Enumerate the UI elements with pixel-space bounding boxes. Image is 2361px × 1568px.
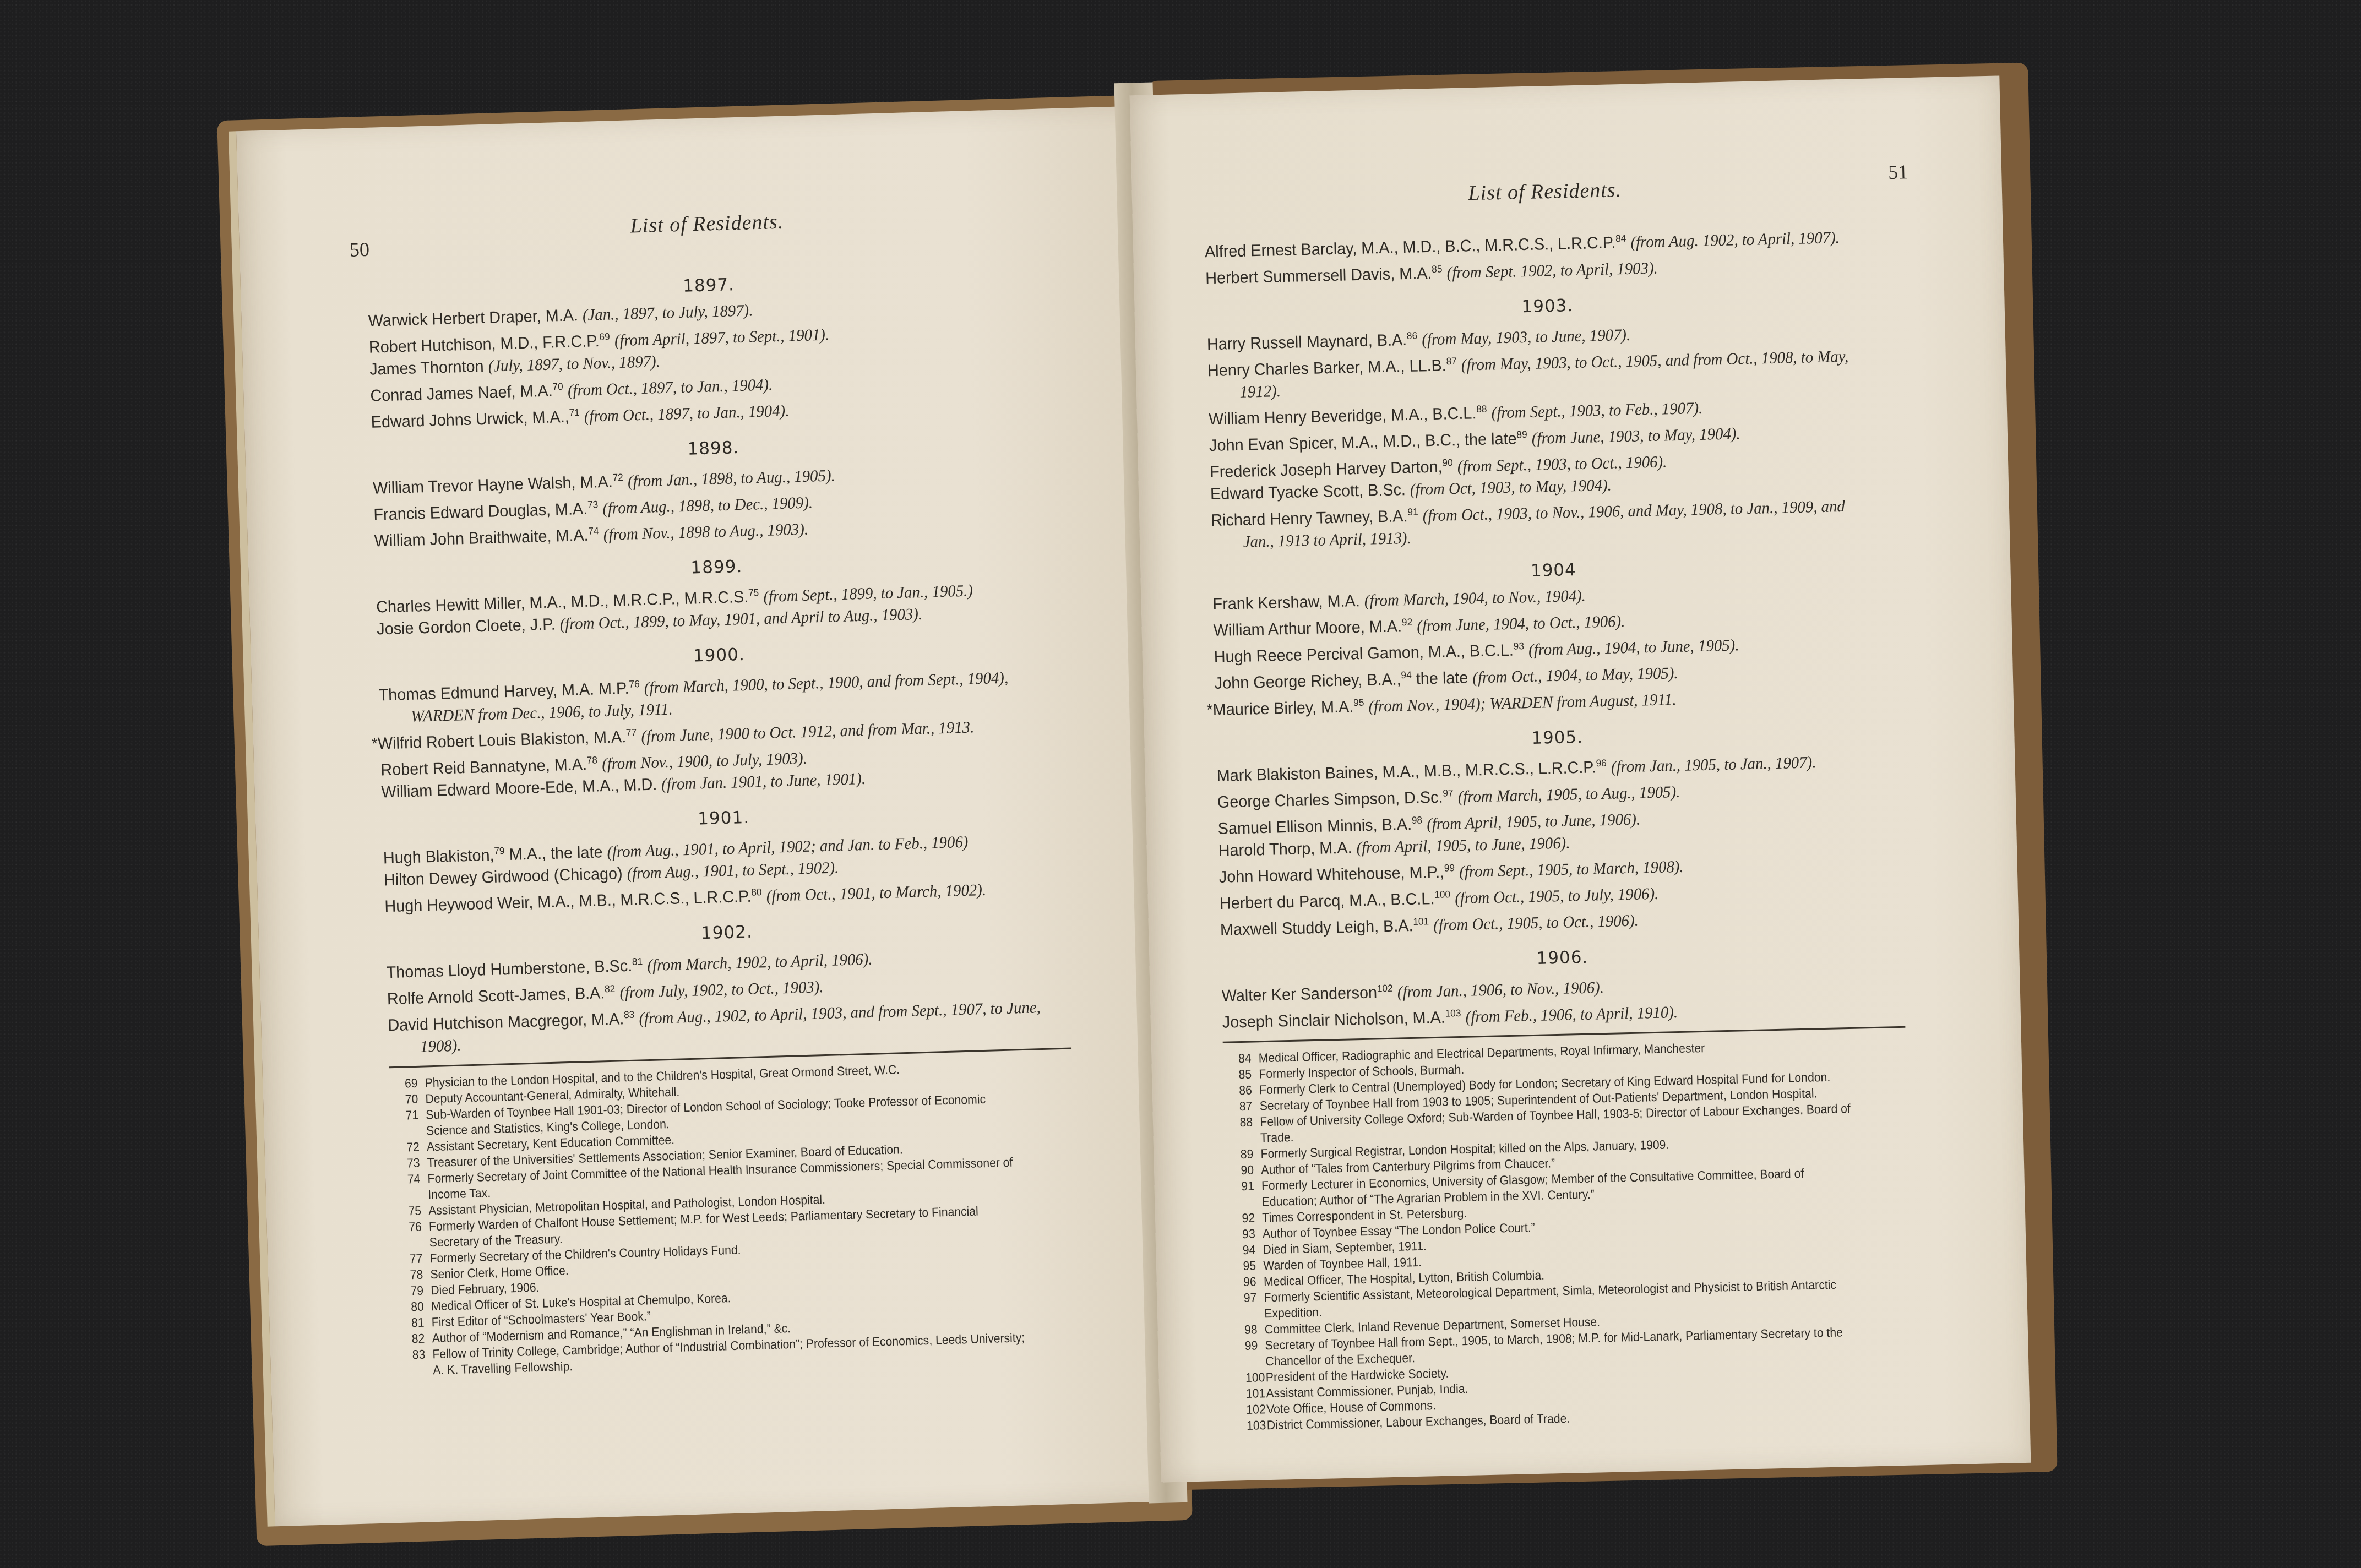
residence-dates: (from Oct., 1897, to Jan., 1904).: [584, 401, 790, 425]
open-book: 50 List of Residents. 1897.Warwick Herbe…: [0, 0, 2361, 1568]
footnote-number: 91: [1241, 1178, 1261, 1194]
running-head: 50 List of Residents.: [365, 191, 1049, 271]
footnotes: 84Medical Officer, Radiographic and Elec…: [1223, 1036, 1914, 1434]
residence-dates: (from Oct., 1904, to May, 1905).: [1472, 664, 1678, 687]
footnote-text: Died in Siam, September, 1911.: [1263, 1239, 1427, 1257]
footnote-number: 92: [1242, 1210, 1262, 1226]
footnote-number: 78: [410, 1266, 431, 1283]
resident-name: David Hutchison Macgregor, M.A.: [388, 1010, 624, 1035]
resident-name: Samuel Ellison Minnis, B.A.: [1218, 815, 1412, 838]
resident-name: Edward Johns Urwick, M.A.,: [371, 408, 569, 432]
residence-dates: (from Aug., 1901, to Sept., 1902).: [627, 858, 839, 883]
residence-dates: (from April, 1905, to June, 1906).: [1427, 810, 1641, 834]
footnote-number: 69: [405, 1075, 426, 1091]
resident-name: Herbert du Parcq, M.A., B.C.L.: [1220, 890, 1435, 913]
residence-dates: (from March, 1904, to Nov., 1904).: [1364, 587, 1586, 610]
footnote-ref: 77: [626, 727, 637, 738]
footnote-ref: 86: [1407, 330, 1418, 341]
footnote-ref: 103: [1445, 1008, 1461, 1019]
footnote-text: Warden of Toynbee Hall, 1911.: [1263, 1255, 1422, 1273]
footnote-number: 94: [1243, 1242, 1263, 1258]
footnote-ref: 83: [624, 1009, 635, 1021]
footnote-ref: 88: [1476, 404, 1487, 415]
footnote-number: 71: [405, 1107, 426, 1123]
resident-name: Henry Charles Barker, M.A., LL.B.: [1207, 356, 1446, 380]
footnote-number: 73: [407, 1155, 428, 1171]
footnote-text: Died February, 1906.: [431, 1280, 540, 1297]
resident-name: Maurice Birley, M.A.: [1212, 698, 1353, 719]
residence-dates: (July, 1897, to Nov., 1897).: [488, 352, 660, 375]
resident-name: Edward Tyacke Scott, B.Sc.: [1210, 481, 1406, 503]
footnote-number: 100: [1245, 1369, 1266, 1386]
footnote-ref: 70: [552, 381, 563, 393]
footnote-number: 97: [1243, 1289, 1264, 1306]
footnote-ref: 71: [569, 407, 580, 418]
residents-list: Alfred Ernest Barclay, M.A., M.D., B.C.,…: [1204, 221, 1905, 1034]
resident-name: Josie Gordon Cloete, J.P.: [377, 616, 556, 639]
resident-name: Francis Edward Douglas, M.A.: [373, 500, 588, 524]
residence-dates: (from March, 1905, to Aug., 1905).: [1457, 783, 1680, 806]
footnote-number: 99: [1244, 1337, 1265, 1354]
running-title: List of Residents.: [1203, 172, 1886, 211]
footnote-ref: 90: [1442, 457, 1453, 468]
footnote-ref: 69: [599, 331, 610, 343]
residence-dates: (from Sept. 1902, to April, 1903).: [1446, 259, 1658, 282]
page-right-content: List of Residents. 51 Alfred Ernest Barc…: [1203, 161, 1914, 1434]
resident-name-suffix: M.A., the late: [509, 843, 603, 864]
residence-dates: (from July, 1902, to Oct., 1903).: [619, 978, 824, 1001]
residence-dates: (from June, 1903, to May, 1904).: [1531, 424, 1740, 448]
footnote-number: 88: [1239, 1114, 1260, 1130]
footnote-number: 84: [1238, 1050, 1259, 1066]
footnote-number: 70: [405, 1091, 426, 1107]
resident-name: William Arthur Moore, M.A.: [1213, 617, 1402, 640]
resident-name: Frank Kershaw, M.A.: [1212, 592, 1360, 613]
residence-dates: (from May, 1903, to June, 1907).: [1422, 326, 1631, 349]
residence-dates: (Jan., 1897, to July, 1897).: [582, 301, 753, 324]
footnote-ref: 81: [632, 956, 643, 967]
resident-name: Warwick Herbert Draper, M.A.: [368, 306, 578, 330]
year-section: 1898.William Trevor Hayne Walsh, M.A.72 …: [372, 429, 1057, 553]
residence-dates: (from Jan., 1906, to Nov., 1906).: [1397, 978, 1604, 1001]
residence-dates: (from April, 1905, to June, 1906).: [1356, 834, 1570, 857]
footnote-ref: 93: [1513, 640, 1524, 651]
resident-name: Rolfe Arnold Scott-James, B.A.: [387, 984, 605, 1008]
residence-dates: (from Nov., 1898 to Aug., 1903).: [603, 520, 808, 544]
residence-dates: (from Aug. 1902, to April, 1907).: [1630, 228, 1840, 252]
footnote-number: 82: [411, 1330, 432, 1347]
footnote-ref: 100: [1434, 889, 1450, 900]
footnote-number: 98: [1244, 1321, 1265, 1338]
footnote-ref: 80: [751, 886, 762, 898]
page-left-content: 50 List of Residents. 1897.Warwick Herbe…: [365, 191, 1080, 1379]
resident-name-suffix: the late: [1416, 669, 1468, 688]
footnote-ref: 78: [586, 754, 597, 766]
year-section: 1897.Warwick Herbert Draper, M.A. (Jan.,…: [367, 266, 1054, 434]
residence-dates: (from Jan. 1901, to June, 1901).: [661, 770, 866, 793]
footnote-ref: 96: [1596, 758, 1607, 769]
page-left: 50 List of Residents. 1897.Warwick Herbe…: [229, 106, 1183, 1526]
residence-dates: (from Oct., 1901, to March, 1902).: [766, 881, 986, 905]
footnote-ref: 85: [1432, 263, 1443, 274]
footnote-number: 72: [406, 1139, 427, 1155]
resident-name: Robert Reid Bannatyne, M.A.: [380, 755, 587, 779]
resident-name: Herbert Summersell Davis, M.A.: [1205, 264, 1432, 287]
footnote-ref: 74: [588, 525, 599, 537]
resident-name: Harold Thorp, M.A.: [1218, 839, 1352, 859]
footnote-ref: 76: [629, 678, 640, 690]
footnote-number: 74: [407, 1170, 428, 1187]
year-section: 1906.Walter Ker Sanderson102 (from Jan.,…: [1221, 940, 1905, 1034]
year-section: 1904Frank Kershaw, M.A. (from March, 190…: [1212, 553, 1898, 721]
residence-dates: (from Oct., 1905, to Oct., 1906).: [1433, 912, 1639, 934]
residence-dates: (from Nov., 1904); WARDEN from August, 1…: [1368, 690, 1677, 716]
footnote-number: 85: [1238, 1066, 1259, 1082]
footnote-ref: 101: [1413, 916, 1429, 927]
footnote-number: 102: [1246, 1401, 1266, 1418]
resident-name: William Henry Beveridge, M.A., B.C.L.: [1209, 404, 1477, 428]
footnote-ref: 94: [1401, 669, 1412, 680]
residence-dates: (from Sept., 1903, to Feb., 1907).: [1491, 399, 1702, 422]
page-right: List of Residents. 51 Alfred Ernest Barc…: [1130, 75, 2031, 1482]
residence-dates: (from Oct., 1905, to July, 1906).: [1455, 885, 1659, 907]
resident-name: Conrad James Naef, M.A.: [370, 382, 553, 405]
footnote-number: 87: [1239, 1098, 1260, 1114]
resident-name: Richard Henry Tawney, B.A.: [1211, 507, 1408, 530]
residence-dates: (from Sept., 1903, to Oct., 1906).: [1457, 453, 1667, 476]
resident-name: Frederick Joseph Harvey Darton,: [1210, 458, 1443, 482]
footnotes: 69Physician to the London Hospital, and …: [389, 1057, 1080, 1379]
footnote-number: 86: [1239, 1082, 1259, 1098]
resident-name: Harry Russell Maynard, B.A.: [1207, 331, 1407, 353]
resident-name: Thomas Edmund Harvey, M.A. M.P.: [378, 679, 629, 705]
residents-list: 1897.Warwick Herbert Draper, M.A. (Jan.,…: [367, 266, 1071, 1059]
footnote-number: 80: [411, 1298, 432, 1315]
footnote-number: 76: [409, 1218, 429, 1235]
footnote-number: 89: [1241, 1146, 1261, 1162]
resident-name: John George Richey, B.A.,: [1215, 670, 1402, 693]
residence-dates: (from Aug., 1904, to June, 1905).: [1528, 636, 1739, 659]
footnote-ref: 102: [1377, 983, 1393, 994]
resident-name: Walter Ker Sanderson: [1221, 983, 1377, 1005]
footnote-ref: 79: [494, 845, 505, 857]
footnote-number: 96: [1243, 1273, 1264, 1290]
year-section: 1900.Thomas Edmund Harvey, M.A. M.P.76 (…: [378, 636, 1064, 804]
resident-name: Joseph Sinclair Nicholson, M.A.: [1222, 1009, 1445, 1032]
footnote-number: 77: [409, 1250, 430, 1267]
resident-name: James Thornton: [369, 357, 484, 379]
resident-name: William John Braithwaite, M.A.: [374, 526, 589, 551]
footnote-ref: 87: [1446, 356, 1457, 367]
footnote-ref: 92: [1402, 617, 1413, 628]
warden-marker: *: [1206, 701, 1213, 719]
warden-marker: *: [371, 735, 378, 753]
footnote-ref: 97: [1443, 787, 1454, 798]
footnote-ref: 84: [1615, 233, 1626, 244]
footnote-ref: 73: [587, 499, 599, 510]
running-title: List of Residents.: [366, 202, 1049, 246]
footnote-number: 83: [412, 1346, 433, 1363]
footnote-number: 75: [408, 1202, 429, 1219]
resident-name: Hugh Heywood Weir, M.A., M.B., M.R.C.S.,…: [384, 888, 752, 916]
resident-name: John Howard Whitehouse, M.P.,: [1219, 863, 1445, 886]
resident-name: Hugh Blakiston,: [383, 846, 494, 868]
page-number: 51: [1888, 160, 1908, 184]
footnote-number: 93: [1242, 1226, 1263, 1242]
residence-dates: (from Aug., 1898, to Dec., 1909).: [602, 493, 813, 518]
footnote-ref: 89: [1516, 429, 1527, 440]
footnote-ref: 75: [748, 587, 759, 598]
footnote-number: 81: [411, 1314, 432, 1331]
year-section: 1905.Mark Blakiston Baines, M.A., M.B., …: [1216, 720, 1903, 941]
year-section: 1902.Thomas Lloyd Humberstone, B.Sc.81 (…: [385, 913, 1071, 1059]
footnote-ref: 99: [1444, 862, 1455, 873]
resident-name: George Charles Simpson, D.Sc.: [1217, 788, 1443, 812]
footnote-number: 101: [1245, 1385, 1266, 1402]
footnote-number: 79: [410, 1282, 431, 1299]
footnote-ref: 91: [1407, 507, 1418, 518]
year-section: 1899.Charles Hewitt Miller, M.A., M.D., …: [375, 548, 1059, 641]
residence-dates: (from Sept., 1899, to Jan., 1905.): [763, 581, 973, 606]
footnote-number: 103: [1247, 1417, 1267, 1434]
residence-dates: (from Oct, 1903, to May, 1904).: [1410, 476, 1612, 499]
residence-dates: (from Sept., 1905, to March, 1908).: [1459, 858, 1684, 881]
year-section: 1901.Hugh Blakiston,79 M.A., the late (f…: [382, 799, 1068, 918]
resident-name: Maxwell Studdy Leigh, B.A.: [1220, 917, 1413, 939]
residence-dates: (from Nov., 1900, to July, 1903).: [602, 749, 808, 773]
footnote-number: 90: [1241, 1162, 1261, 1178]
footnote-ref: 95: [1353, 697, 1364, 708]
residence-dates: (from Feb., 1906, to April, 1910).: [1465, 1003, 1678, 1026]
footnote-ref: 98: [1412, 815, 1423, 826]
footnote-ref: 72: [612, 472, 623, 483]
residence-dates: (from Oct., 1897, to Jan., 1904).: [567, 375, 773, 399]
residence-dates: (from Jan., 1905, to Jan., 1907).: [1611, 753, 1816, 776]
footnote-number: 95: [1243, 1257, 1263, 1274]
residence-dates: (from Jan., 1898, to Aug., 1905).: [628, 466, 836, 491]
year-section: 1903.Harry Russell Maynard, B.A.86 (from…: [1206, 288, 1894, 554]
footnote-ref: 82: [605, 983, 616, 995]
residence-dates: (from June, 1904, to Oct., 1906).: [1417, 612, 1625, 635]
residence-dates: (from April, 1897, to Sept., 1901).: [614, 325, 829, 350]
